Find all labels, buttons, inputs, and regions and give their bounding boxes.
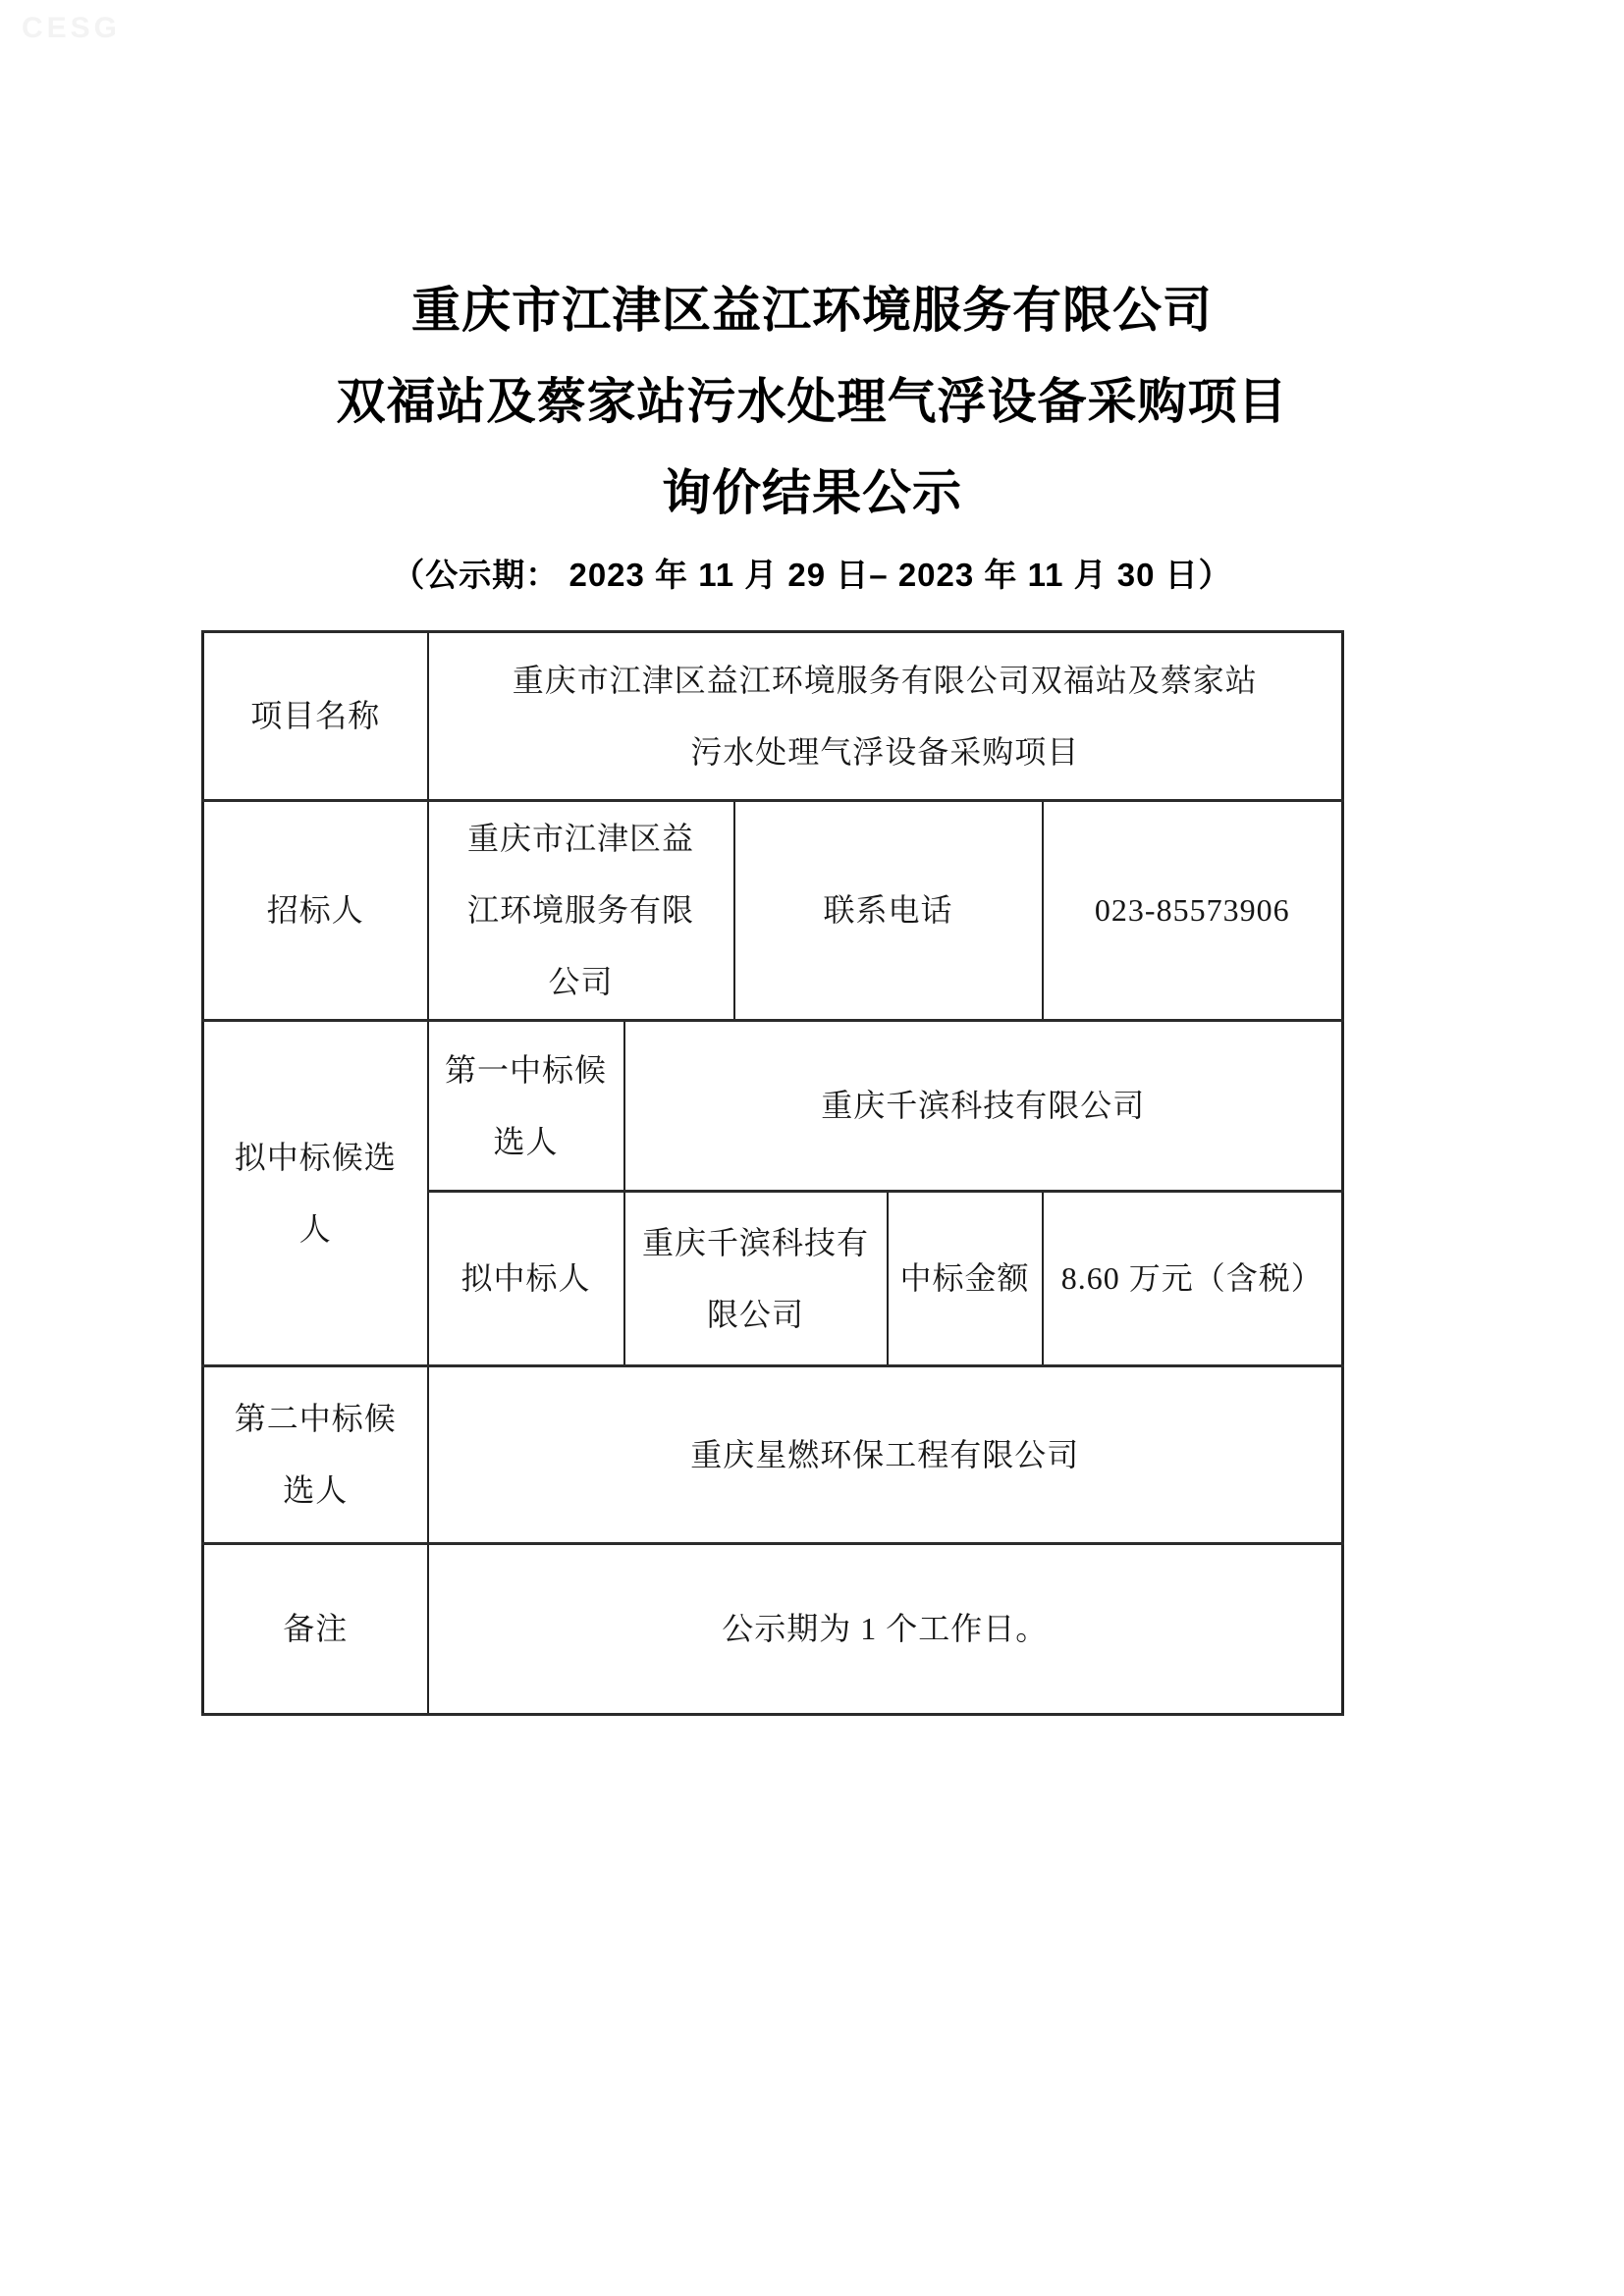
proposed-winner-label-cell: 拟中标人	[428, 1192, 624, 1366]
proposed-winner-value-cell: 重庆千滨科技有 限公司	[624, 1192, 888, 1366]
table-row: 拟中标候选 人 第一中标候 选人 重庆千滨科技有限公司	[203, 1021, 1343, 1192]
tenderer-value-cell: 重庆市江津区益 江环境服务有限 公司	[428, 801, 734, 1021]
project-name-label-cell: 项目名称	[203, 632, 428, 801]
results-table: 项目名称 重庆市江津区益江环境服务有限公司双福站及蔡家站 污水处理气浮设备采购项…	[201, 630, 1344, 1716]
table-row: 项目名称 重庆市江津区益江环境服务有限公司双福站及蔡家站 污水处理气浮设备采购项…	[203, 632, 1343, 801]
award-amount-value-cell: 8.60 万元（含税）	[1043, 1192, 1343, 1366]
doc-title-line-3: 询价结果公示	[0, 448, 1624, 539]
project-name-value-cell: 重庆市江津区益江环境服务有限公司双福站及蔡家站 污水处理气浮设备采购项目	[428, 632, 1343, 801]
tenderer-label-cell: 招标人	[203, 801, 428, 1021]
second-candidate-label-cell: 第二中标候 选人	[203, 1366, 428, 1544]
first-candidate-label-cell: 第一中标候 选人	[428, 1021, 624, 1192]
doc-title-line-1: 重庆市江津区益江环境服务有限公司	[0, 265, 1624, 356]
second-candidate-value-cell: 重庆星燃环保工程有限公司	[428, 1366, 1343, 1544]
corner-watermark: CESG	[22, 12, 121, 45]
first-candidate-value-cell: 重庆千滨科技有限公司	[624, 1021, 1343, 1192]
contact-phone-label-cell: 联系电话	[734, 801, 1043, 1021]
contact-phone-value-cell: 023-85573906	[1043, 801, 1343, 1021]
remarks-label-cell: 备注	[203, 1544, 428, 1715]
candidates-group-label-cell: 拟中标候选 人	[203, 1021, 428, 1366]
doc-title-line-2: 双福站及蔡家站污水处理气浮设备采购项目	[0, 356, 1624, 448]
table-row: 第二中标候 选人 重庆星燃环保工程有限公司	[203, 1366, 1343, 1544]
publicity-period-subtitle: （公示期： 2023 年 11 月 29 日– 2023 年 11 月 30 日…	[0, 554, 1624, 597]
table-row: 招标人 重庆市江津区益 江环境服务有限 公司 联系电话 023-85573906	[203, 801, 1343, 1021]
remarks-value-cell: 公示期为 1 个工作日。	[428, 1544, 1343, 1715]
award-amount-label-cell: 中标金额	[888, 1192, 1043, 1366]
document-page: CESG 重庆市江津区益江环境服务有限公司 双福站及蔡家站污水处理气浮设备采购项…	[0, 0, 1624, 2296]
table-row: 备注 公示期为 1 个工作日。	[203, 1544, 1343, 1715]
document-title-block: 重庆市江津区益江环境服务有限公司 双福站及蔡家站污水处理气浮设备采购项目 询价结…	[0, 265, 1624, 539]
